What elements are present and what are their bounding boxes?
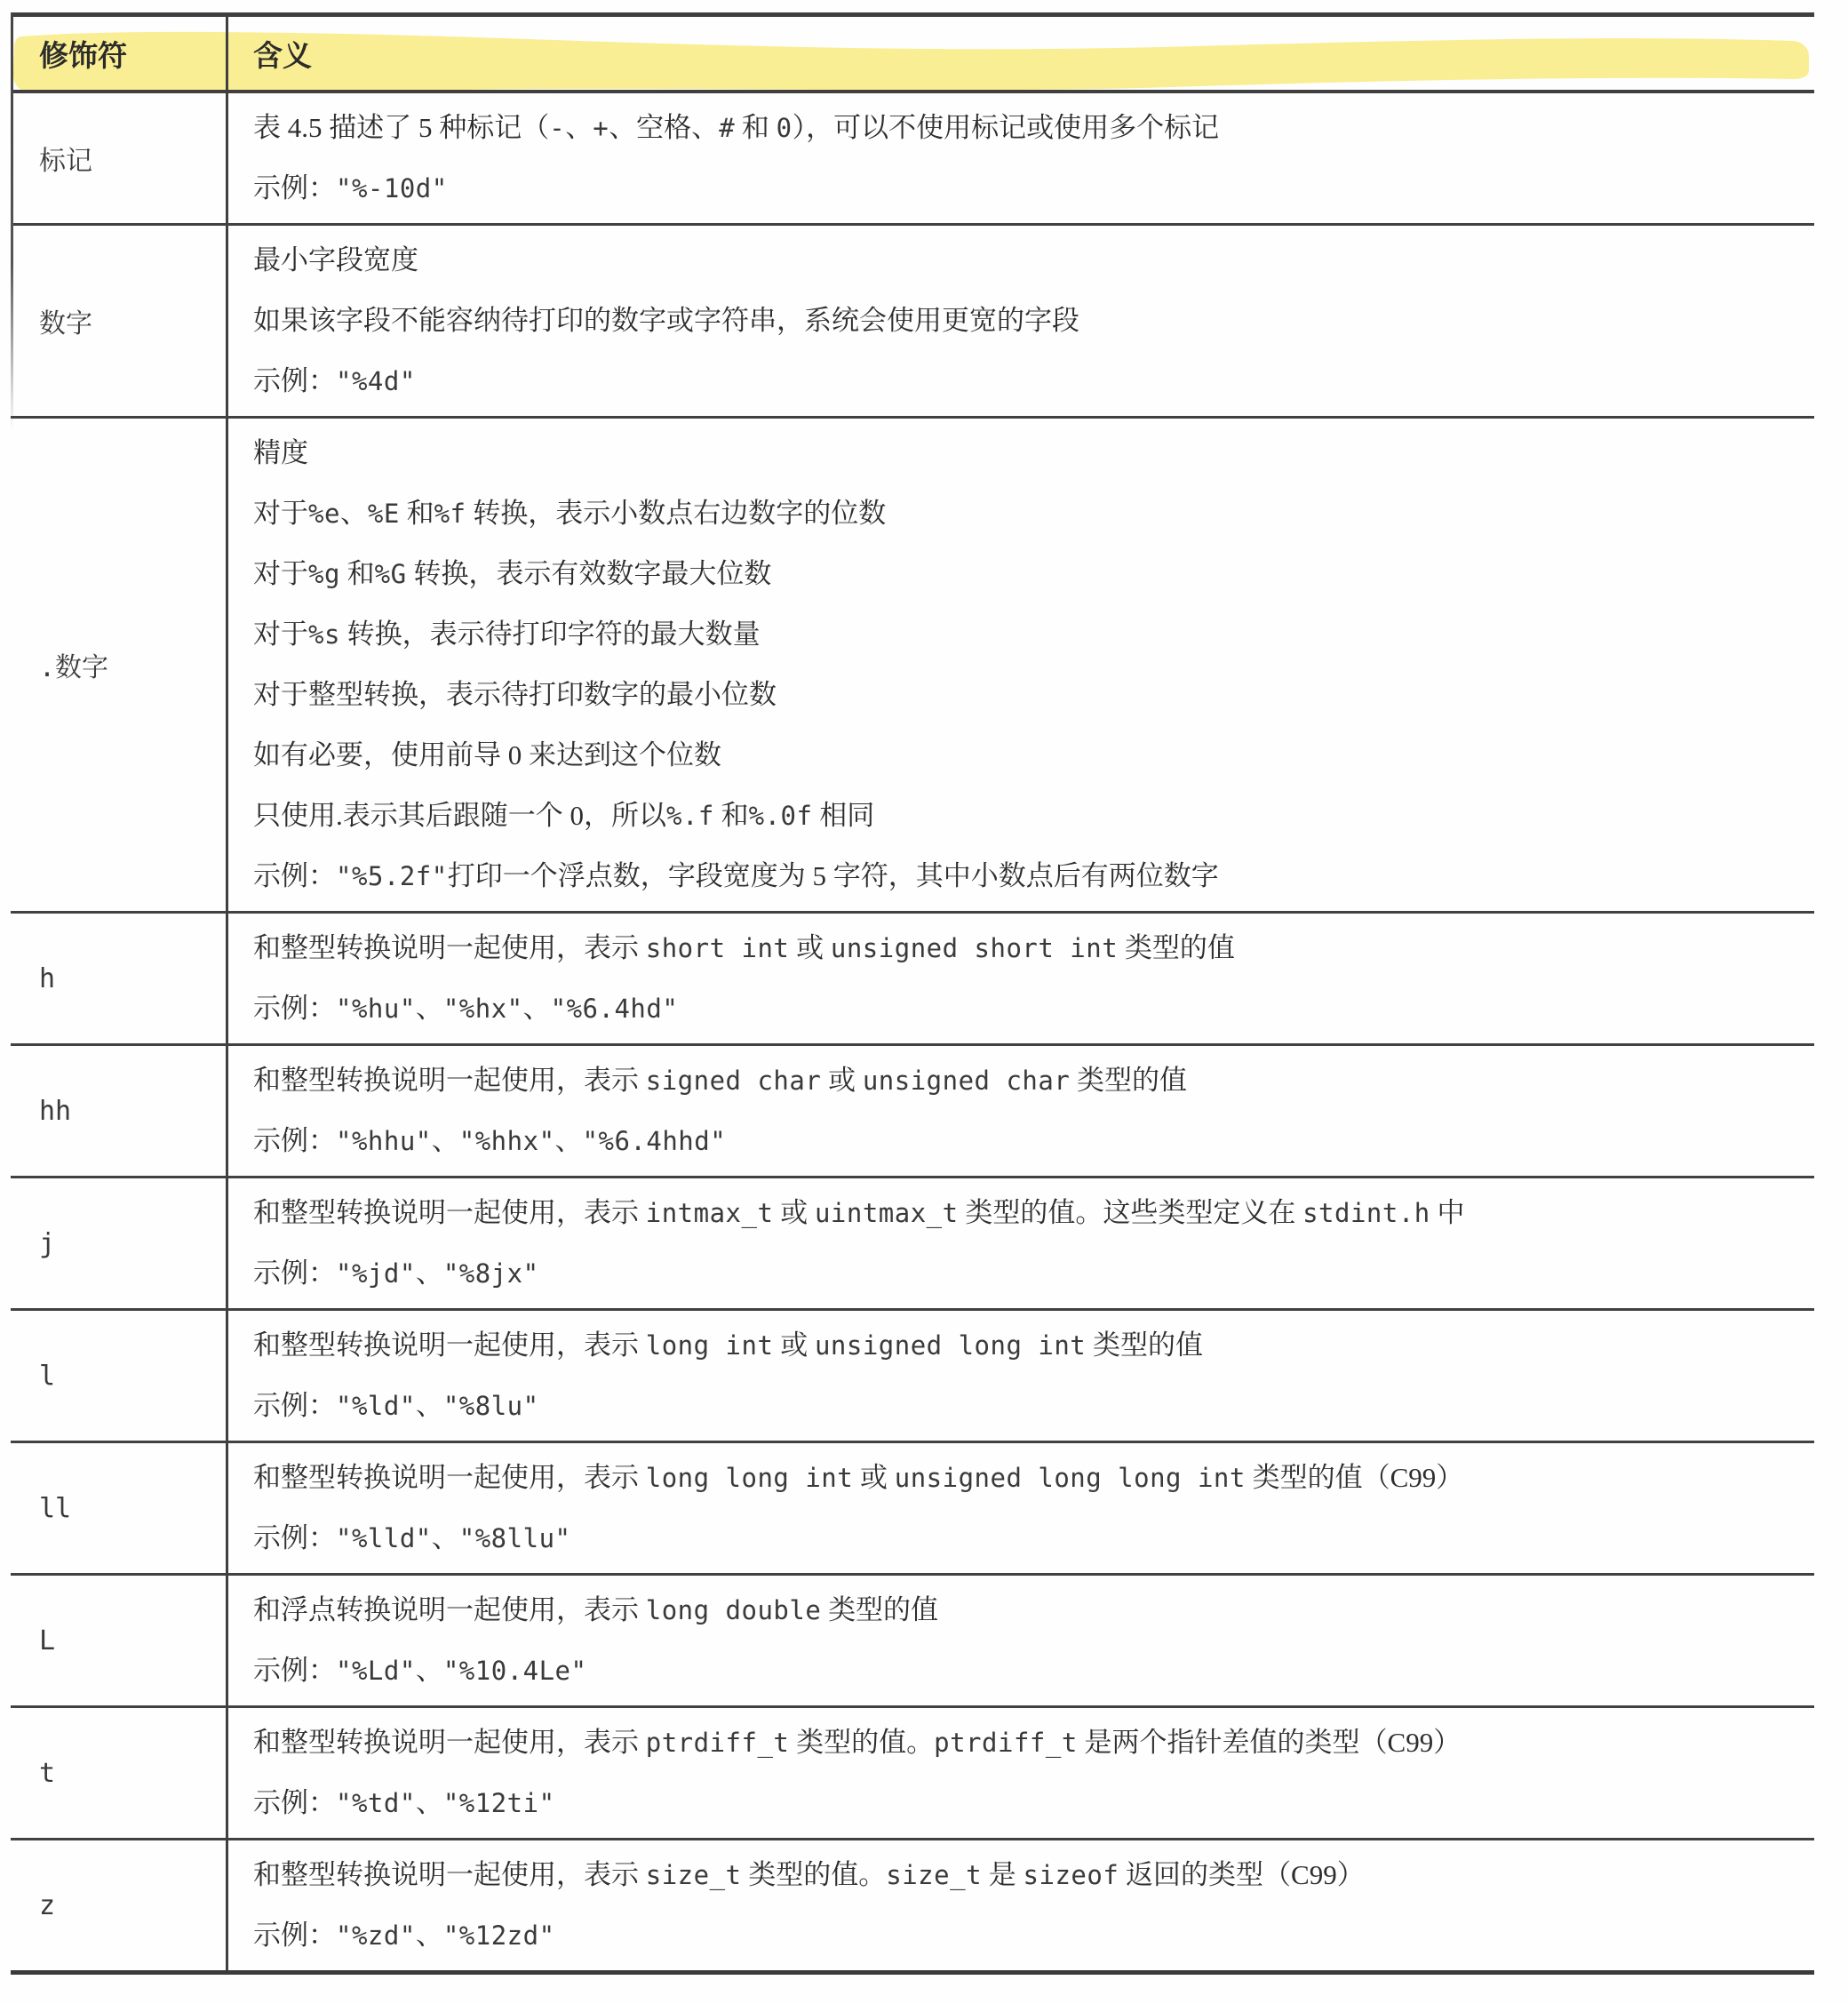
meaning-line: 最小字段宽度	[253, 230, 1796, 291]
code-text: long double	[646, 1595, 822, 1625]
code-text: "%8lu"	[443, 1391, 539, 1421]
meaning-cell: 表 4.5 描述了 5 种标记（-、+、空格、# 和 0），可以不使用标记或使用…	[228, 93, 1814, 223]
text-segment: 或	[773, 1329, 815, 1361]
text-segment: 示例：	[253, 860, 336, 891]
code-text: long int	[646, 1330, 774, 1361]
code-text: size_t	[886, 1860, 982, 1890]
code-text: "%hhu"	[336, 1126, 432, 1156]
modifier-cell: h	[11, 914, 228, 1043]
modifier-table: 修饰符 含义 标记表 4.5 描述了 5 种标记（-、+、空格、# 和 0），可…	[11, 12, 1814, 1975]
table-row: L和浮点转换说明一起使用，表示 long double 类型的值示例："%Ld"…	[11, 1573, 1814, 1705]
code-text: size_t	[646, 1860, 742, 1890]
code-text: sizeof	[1024, 1860, 1119, 1890]
text-segment: 、	[565, 112, 593, 143]
code-text: unsigned short int	[831, 933, 1118, 963]
text-segment: 和	[735, 112, 777, 143]
text-segment: 和整型转换说明一起使用，表示	[253, 1462, 646, 1493]
table-body: 标记表 4.5 描述了 5 种标记（-、+、空格、# 和 0），可以不使用标记或…	[11, 93, 1814, 1970]
meaning-cell: 和浮点转换说明一起使用，表示 long double 类型的值示例："%Ld"、…	[228, 1576, 1814, 1705]
text-segment: 示例：	[253, 172, 336, 204]
modifier-cell: 数字	[11, 226, 228, 416]
text-segment: 和	[340, 558, 375, 589]
meaning-cell: 和整型转换说明一起使用，表示 intmax_t 或 uintmax_t 类型的值…	[228, 1178, 1814, 1308]
meaning-cell: 和整型转换说明一起使用，表示 size_t 类型的值。size_t 是 size…	[228, 1840, 1814, 1970]
text-segment: 示例：	[253, 1125, 336, 1156]
text-segment: 是	[982, 1859, 1024, 1890]
meaning-line: 和整型转换说明一起使用，表示 long int 或 unsigned long …	[253, 1315, 1796, 1376]
text-segment: 返回的类型（C99）	[1119, 1859, 1364, 1890]
header-meaning: 含义	[228, 33, 1814, 75]
table-row: 数字最小字段宽度如果该字段不能容纳待打印的数字或字符串，系统会使用更宽的字段示例…	[11, 223, 1814, 416]
text-segment: 类型的值	[1118, 932, 1235, 963]
code-text: "%jd"	[336, 1258, 416, 1289]
code-text: "%12zd"	[443, 1920, 555, 1951]
table-row: .数字精度对于%e、%E 和%f 转换，表示小数点右边数字的位数对于%g 和%G…	[11, 416, 1814, 911]
code-text: %.0f	[749, 801, 813, 831]
meaning-line: 示例："%jd"、"%8jx"	[253, 1243, 1796, 1304]
text-segment: 类型的值（C99）	[1246, 1462, 1463, 1493]
text-segment: 、	[416, 1257, 443, 1289]
text-segment: 转换，表示小数点右边数字的位数	[466, 498, 887, 529]
meaning-cell: 精度对于%e、%E 和%f 转换，表示小数点右边数字的位数对于%g 和%G 转换…	[228, 419, 1814, 911]
text-segment: 、	[416, 1920, 443, 1951]
text-segment: 、	[523, 993, 551, 1024]
text-segment: 或	[821, 1065, 863, 1096]
code-text: "%10.4Le"	[443, 1656, 587, 1686]
meaning-line: 和整型转换说明一起使用，表示 size_t 类型的值。size_t 是 size…	[253, 1845, 1796, 1905]
code-text: %g	[308, 559, 340, 589]
code-text: unsigned char	[863, 1066, 1070, 1096]
code-text: #	[719, 113, 735, 143]
text-segment: 和整型转换说明一起使用，表示	[253, 932, 646, 963]
code-text: intmax_t	[646, 1198, 774, 1228]
code-text: stdint.h	[1302, 1198, 1430, 1228]
text-segment: 或	[773, 1197, 815, 1228]
modifier-cell: l	[11, 1311, 228, 1441]
meaning-line: 表 4.5 描述了 5 种标记（-、+、空格、# 和 0），可以不使用标记或使用…	[253, 98, 1796, 158]
text-segment: 类型的值	[1070, 1065, 1187, 1096]
meaning-line: 示例："%ld"、"%8lu"	[253, 1376, 1796, 1436]
text-segment: 如果该字段不能容纳待打印的数字或字符串，系统会使用更宽的字段	[253, 305, 1079, 336]
meaning-line: 对于%e、%E 和%f 转换，表示小数点右边数字的位数	[253, 483, 1796, 544]
meaning-line: 只使用.表示其后跟随一个 0，所以%.f 和%.0f 相同	[253, 786, 1796, 846]
code-text: "%12ti"	[443, 1788, 555, 1818]
table-row: l和整型转换说明一起使用，表示 long int 或 unsigned long…	[11, 1308, 1814, 1441]
modifier-cell: .数字	[11, 419, 228, 911]
code-text: 0	[777, 113, 793, 143]
text-segment: 示例：	[253, 1655, 336, 1686]
text-segment: 示例：	[253, 1522, 336, 1553]
text-segment: 和整型转换说明一起使用，表示	[253, 1859, 646, 1890]
text-segment: 、空格、	[609, 112, 719, 143]
text-segment: 和整型转换说明一起使用，表示	[253, 1727, 646, 1758]
meaning-line: 和浮点转换说明一起使用，表示 long double 类型的值	[253, 1580, 1796, 1641]
code-text: long long int	[646, 1463, 853, 1493]
text-segment: 是两个指针差值的类型（C99）	[1078, 1727, 1461, 1758]
text-segment: 和整型转换说明一起使用，表示	[253, 1329, 646, 1361]
meaning-line: 示例："%hhu"、"%hhx"、"%6.4hhd"	[253, 1111, 1796, 1171]
text-segment: 示例：	[253, 1390, 336, 1421]
code-text: "%td"	[336, 1788, 416, 1818]
code-text: %G	[375, 559, 407, 589]
code-text: signed char	[646, 1066, 822, 1096]
meaning-line: 示例："%hu"、"%hx"、"%6.4hd"	[253, 978, 1796, 1039]
text-segment: 和	[400, 498, 434, 529]
code-text: %E	[368, 499, 400, 529]
meaning-line: 如有必要，使用前导 0 来达到这个位数	[253, 725, 1796, 786]
text-segment: 示例：	[253, 993, 336, 1024]
text-segment: 类型的值。这些类型定义在	[959, 1197, 1303, 1228]
text-segment: 中	[1430, 1197, 1465, 1228]
code-text: "%6.4hd"	[551, 994, 679, 1024]
text-segment: 表 4.5 描述了 5 种标记（	[253, 112, 549, 143]
meaning-line: 和整型转换说明一起使用，表示 signed char 或 unsigned ch…	[253, 1050, 1796, 1111]
text-segment: 只使用.表示其后跟随一个 0，所以	[253, 800, 666, 831]
meaning-cell: 和整型转换说明一起使用，表示 long int 或 unsigned long …	[228, 1311, 1814, 1441]
text-segment: 类型的值。	[789, 1727, 934, 1758]
text-segment: 对于	[253, 619, 308, 650]
text-segment: 类型的值。	[742, 1859, 887, 1890]
table-row: t和整型转换说明一起使用，表示 ptrdiff_t 类型的值。ptrdiff_t…	[11, 1705, 1814, 1838]
modifier-cell: z	[11, 1840, 228, 1970]
header-modifier-label: 修饰符	[39, 33, 127, 75]
text-segment: 对于整型转换，表示待打印数字的最小位数	[253, 679, 777, 710]
code-text: "%4d"	[336, 366, 416, 396]
code-text: "%hhx"	[459, 1126, 555, 1156]
text-segment: 转换，表示待打印字符的最大数量	[340, 619, 761, 650]
code-text: unsigned long int	[815, 1330, 1086, 1361]
meaning-line: 示例："%td"、"%12ti"	[253, 1773, 1796, 1833]
meaning-line: 和整型转换说明一起使用，表示 short int 或 unsigned shor…	[253, 918, 1796, 978]
table-row: ll和整型转换说明一起使用，表示 long long int 或 unsigne…	[11, 1441, 1814, 1573]
text-segment: 对于	[253, 498, 308, 529]
meaning-cell: 和整型转换说明一起使用，表示 signed char 或 unsigned ch…	[228, 1046, 1814, 1176]
text-segment: 示例：	[253, 1257, 336, 1289]
code-text: "%hx"	[443, 994, 523, 1024]
text-segment: 对于	[253, 558, 308, 589]
meaning-line: 示例："%4d"	[253, 351, 1796, 411]
table-row: hh和整型转换说明一起使用，表示 signed char 或 unsigned …	[11, 1043, 1814, 1176]
meaning-line: 示例："%Ld"、"%10.4Le"	[253, 1641, 1796, 1701]
meaning-line: 对于%g 和%G 转换，表示有效数字最大位数	[253, 544, 1796, 604]
text-segment: 转换，表示有效数字最大位数	[407, 558, 772, 589]
meaning-line: 和整型转换说明一起使用，表示 long long int 或 unsigned …	[253, 1448, 1796, 1508]
modifier-cell: 标记	[11, 93, 228, 223]
text-segment: 类型的值	[821, 1594, 938, 1625]
meaning-line: 示例："%lld"、"%8llu"	[253, 1508, 1796, 1569]
code-text: "%6.4hhd"	[583, 1126, 727, 1156]
table-header-row: 修饰符 含义	[11, 17, 1814, 93]
text-segment: 、	[432, 1125, 459, 1156]
text-segment: 相同	[812, 800, 874, 831]
code-text: "%8jx"	[443, 1258, 539, 1289]
code-text: "%Ld"	[336, 1656, 416, 1686]
code-text: %s	[308, 619, 340, 650]
text-segment: 或	[853, 1462, 895, 1493]
code-text: uintmax_t	[815, 1198, 959, 1228]
text-segment: 和整型转换说明一起使用，表示	[253, 1065, 646, 1096]
text-segment: 、	[416, 1655, 443, 1686]
meaning-line: 如果该字段不能容纳待打印的数字或字符串，系统会使用更宽的字段	[253, 291, 1796, 351]
text-segment: 精度	[253, 437, 308, 468]
modifier-cell: t	[11, 1708, 228, 1838]
header-modifier: 修饰符	[11, 17, 228, 90]
text-segment: 、	[432, 1522, 459, 1553]
code-text: "%8llu"	[459, 1523, 571, 1553]
code-text: "%ld"	[336, 1391, 416, 1421]
text-segment: 、	[340, 498, 368, 529]
code-text: "%lld"	[336, 1523, 432, 1553]
code-text: "%-10d"	[336, 173, 448, 204]
code-text: "%zd"	[336, 1920, 416, 1951]
text-segment: ），可以不使用标记或使用多个标记	[793, 112, 1220, 143]
meaning-cell: 和整型转换说明一起使用，表示 short int 或 unsigned shor…	[228, 914, 1814, 1043]
code-text: unsigned long long int	[895, 1463, 1246, 1493]
text-segment: 如有必要，使用前导 0 来达到这个位数	[253, 739, 721, 770]
text-segment: 示例：	[253, 1787, 336, 1818]
printf-modifier-table-page: 修饰符 含义 标记表 4.5 描述了 5 种标记（-、+、空格、# 和 0），可…	[0, 0, 1848, 2004]
text-segment: 示例：	[253, 1920, 336, 1951]
text-segment: 示例：	[253, 365, 336, 396]
header-meaning-label: 含义	[253, 41, 312, 73]
text-segment: 打印一个浮点数，字段宽度为 5 字符，其中小数点后有两位数字	[448, 860, 1219, 891]
modifier-cell: L	[11, 1576, 228, 1705]
text-segment: 和整型转换说明一起使用，表示	[253, 1197, 646, 1228]
code-text: -	[549, 113, 565, 143]
modifier-cell: j	[11, 1178, 228, 1308]
text-segment: 类型的值	[1086, 1329, 1203, 1361]
code-text: %.f	[666, 801, 714, 831]
meaning-line: 示例："%5.2f"打印一个浮点数，字段宽度为 5 字符，其中小数点后有两位数字	[253, 846, 1796, 906]
code-text: ptrdiff_t	[646, 1728, 790, 1758]
code-text: %f	[434, 499, 466, 529]
text-segment: 、	[416, 1390, 443, 1421]
meaning-cell: 最小字段宽度如果该字段不能容纳待打印的数字或字符串，系统会使用更宽的字段示例："…	[228, 226, 1814, 416]
modifier-cell: hh	[11, 1046, 228, 1176]
text-segment: 最小字段宽度	[253, 244, 418, 275]
meaning-line: 精度	[253, 423, 1796, 483]
text-segment: 和浮点转换说明一起使用，表示	[253, 1594, 646, 1625]
meaning-line: 示例："%zd"、"%12zd"	[253, 1905, 1796, 1966]
text-segment: 或	[789, 932, 831, 963]
meaning-cell: 和整型转换说明一起使用，表示 ptrdiff_t 类型的值。ptrdiff_t …	[228, 1708, 1814, 1838]
table-row: j和整型转换说明一起使用，表示 intmax_t 或 uintmax_t 类型的…	[11, 1176, 1814, 1308]
meaning-line: 对于%s 转换，表示待打印字符的最大数量	[253, 604, 1796, 665]
modifier-cell: ll	[11, 1443, 228, 1573]
meaning-line: 和整型转换说明一起使用，表示 intmax_t 或 uintmax_t 类型的值…	[253, 1183, 1796, 1243]
text-segment: 、	[416, 1787, 443, 1818]
table-row: h和整型转换说明一起使用，表示 short int 或 unsigned sho…	[11, 911, 1814, 1043]
text-segment: 、	[555, 1125, 583, 1156]
meaning-line: 示例："%-10d"	[253, 158, 1796, 219]
meaning-line: 和整型转换说明一起使用，表示 ptrdiff_t 类型的值。ptrdiff_t …	[253, 1713, 1796, 1773]
code-text: short int	[646, 933, 790, 963]
text-segment: 、	[416, 993, 443, 1024]
meaning-line: 对于整型转换，表示待打印数字的最小位数	[253, 665, 1796, 725]
table-row: 标记表 4.5 描述了 5 种标记（-、+、空格、# 和 0），可以不使用标记或…	[11, 93, 1814, 223]
code-text: +	[593, 113, 609, 143]
code-text: "%5.2f"	[336, 861, 448, 891]
text-segment: 和	[714, 800, 749, 831]
table-row: z和整型转换说明一起使用，表示 size_t 类型的值。size_t 是 siz…	[11, 1838, 1814, 1970]
code-text: %e	[308, 499, 340, 529]
meaning-cell: 和整型转换说明一起使用，表示 long long int 或 unsigned …	[228, 1443, 1814, 1573]
code-text: ptrdiff_t	[934, 1728, 1078, 1758]
code-text: "%hu"	[336, 994, 416, 1024]
